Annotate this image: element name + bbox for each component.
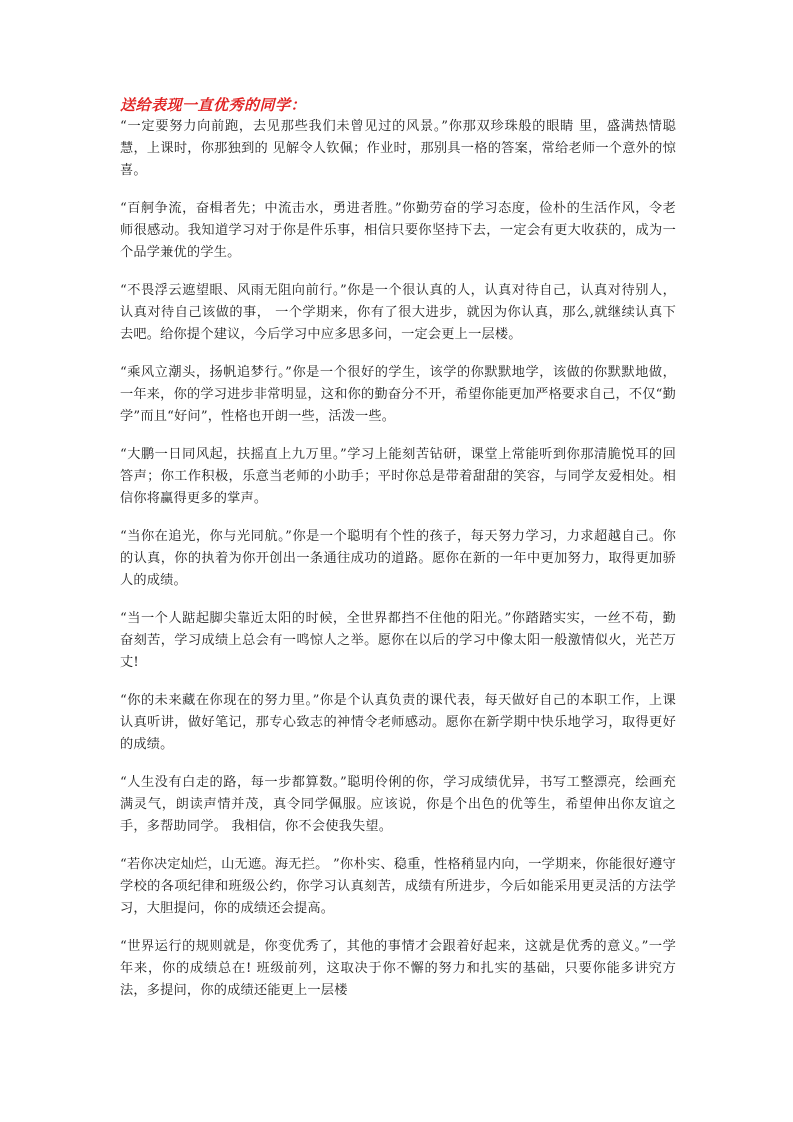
paragraph-8: “你的未来藏在你现在的努力里。”你是个认真负责的课代表，每天做好自己的本职工作，… bbox=[120, 690, 676, 756]
document-page: 送给表现一直优秀的同学： “一定要努力向前跑，去见那些我们未曾见过的风景。”你那… bbox=[120, 95, 676, 1018]
paragraph-4: “乘风立潮头，扬帆追梦行。”你是一个很好的学生，该学的你默默地学，该做的你默默地… bbox=[120, 362, 676, 428]
paragraph-5: “大鹏一日同风起，扶摇直上九万里。”学习上能刻苦钻研，课堂上常能听到你那清脆悦耳… bbox=[120, 444, 676, 510]
paragraph-10: “若你决定灿烂，山无遮。海无拦。 ”你朴实、稳重，性格稍显内向，一学期来，你能很… bbox=[120, 854, 676, 920]
paragraph-1: “一定要努力向前跑，去见那些我们未曾见过的风景。”你那双珍珠般的眼睛 里，盛满热… bbox=[120, 116, 676, 182]
paragraph-11: “世界运行的规则就是，你变优秀了，其他的事情才会跟着好起来，这就是优秀的意义。”… bbox=[120, 936, 676, 1002]
document-title: 送给表现一直优秀的同学： bbox=[120, 95, 676, 115]
paragraph-2: “百舸争流，奋楫者先；中流击水，勇进者胜。”你勤劳奋的学习态度，俭朴的生活作风，… bbox=[120, 198, 676, 264]
paragraph-7: “当一个人踮起脚尖靠近太阳的时候，全世界都挡不住他的阳光。”你踏踏实实，一丝不苟… bbox=[120, 608, 676, 674]
paragraph-9: “人生没有白走的路，每一步都算数。”聪明伶俐的你，学习成绩优异，书写工整漂亮，绘… bbox=[120, 772, 676, 838]
paragraph-6: “当你在追光，你与光同航。”你是一个聪明有个性的孩子，每天努力学习，力求超越自己… bbox=[120, 526, 676, 592]
paragraph-3: “不畏浮云遮望眼、风雨无阻向前行。”你是一个很认真的人，认真对待自己，认真对待别… bbox=[120, 280, 676, 346]
